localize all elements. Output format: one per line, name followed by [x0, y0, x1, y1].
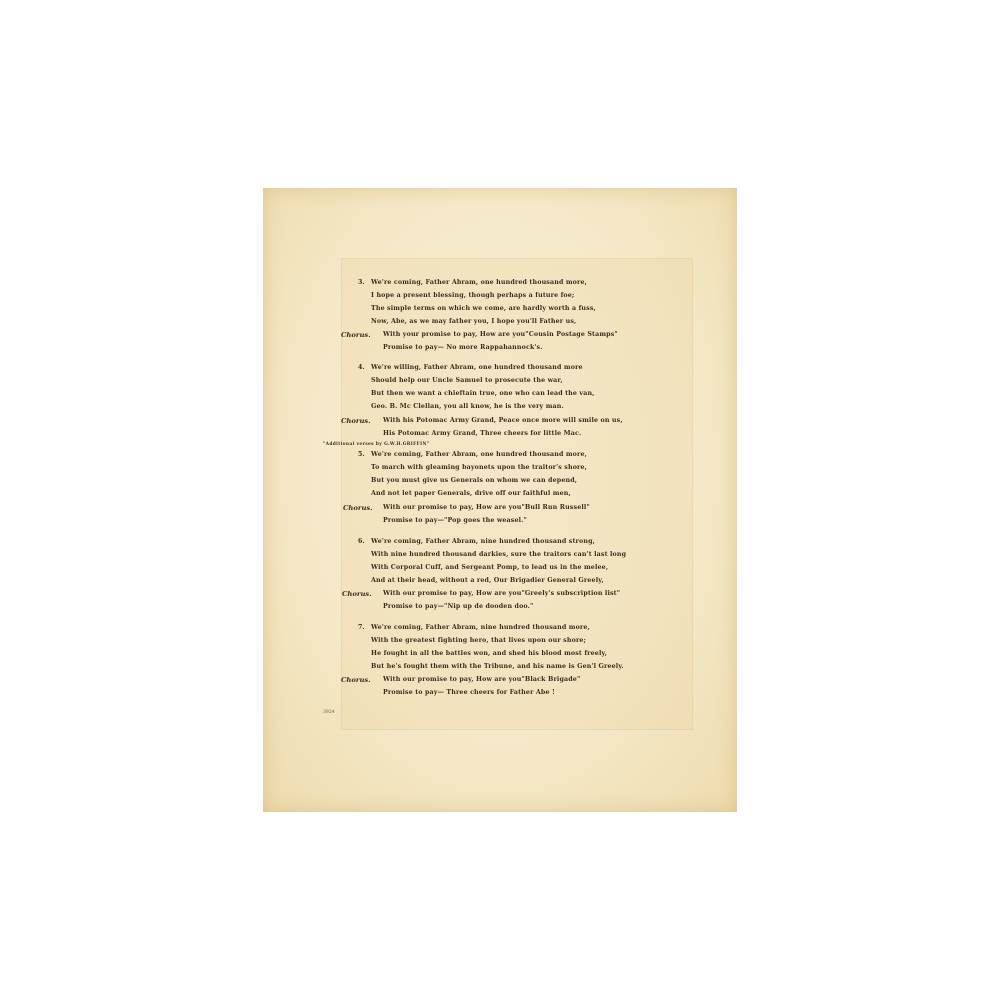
verse-line: Now, Abe, as we may father you, I hope y… [371, 318, 576, 325]
sheet-music-page: 3. We're coming, Father Abram, one hundr… [263, 188, 737, 812]
chorus-line: With our promise to pay, How are you"Gre… [383, 590, 620, 597]
verse-line: But then we want a chieftain true, one w… [371, 390, 595, 397]
verse-line: We're coming, Father Abram, nine hundred… [371, 624, 590, 631]
verse-line: We're willing, Father Abram, one hundred… [371, 364, 583, 371]
chorus-line: Promise to pay—"Pop goes the weasel." [383, 517, 527, 524]
verse-line: Geo. B. Mc Clellan, you all know, he is … [371, 403, 564, 410]
verse-line: I hope a present blessing, though perhap… [371, 292, 574, 299]
chorus-label: Chorus. [341, 417, 371, 425]
chorus-line: Promise to pay— No more Rappahannock's. [383, 344, 543, 351]
chorus-line: With our promise to pay, How are you"Bla… [383, 676, 580, 683]
plate-number: 3924 [323, 710, 334, 715]
chorus-label: Chorus. [342, 590, 372, 598]
chorus-line: Promise to pay— Three cheers for Father … [383, 689, 555, 696]
chorus-label: Chorus. [343, 504, 373, 512]
verse-line: Should help our Uncle Samuel to prosecut… [371, 377, 563, 384]
verse-line: With nine hundred thousand darkies, sure… [371, 551, 626, 558]
verse-line: And at their head, without a red, Our Br… [371, 577, 604, 584]
verse-line: We're coming, Father Abram, one hundred … [371, 451, 587, 458]
verse-line: The simple terms on which we come, are h… [371, 305, 596, 312]
verse-line: He fought in all the battles won, and sh… [371, 650, 607, 657]
verse-number: 3. [358, 279, 365, 286]
verse-line: With Corporal Cuff, and Sergeant Pomp, t… [371, 564, 608, 571]
verse-number: 5. [358, 451, 365, 458]
verse-line: But you must give us Generals on whom we… [371, 477, 577, 484]
verse-number: 7. [358, 624, 365, 631]
chorus-line: With his Potomac Army Grand, Peace once … [383, 417, 623, 424]
verse-line: We're coming, Father Abram, one hundred … [371, 279, 587, 286]
lyrics-block: 3. We're coming, Father Abram, one hundr… [263, 188, 737, 812]
verse-line: And not let paper Generals, drive off ou… [371, 490, 571, 497]
verse-line: We're coming, Father Abram, nine hundred… [371, 538, 595, 545]
verse-number: 4. [358, 364, 365, 371]
chorus-line: Promise to pay—"Nip up de dooden doo." [383, 603, 533, 610]
chorus-label: Chorus. [341, 676, 371, 684]
verse-number: 6. [358, 538, 365, 545]
chorus-label: Chorus. [341, 331, 371, 339]
chorus-line: With your promise to pay, How are you"Co… [383, 331, 618, 338]
verse-line: But he's fought them with the Tribune, a… [371, 663, 624, 670]
chorus-line: With our promise to pay, How are you"Bul… [383, 504, 590, 511]
chorus-line: His Potomac Army Grand, Three cheers for… [383, 430, 581, 437]
verse-line: With the greatest fighting hero, that li… [371, 637, 586, 644]
verse-line: To march with gleaming bayonets upon the… [371, 464, 587, 471]
additional-verses-credit: "Additional verses by G.W.H.GRIFFIN" [323, 442, 429, 447]
